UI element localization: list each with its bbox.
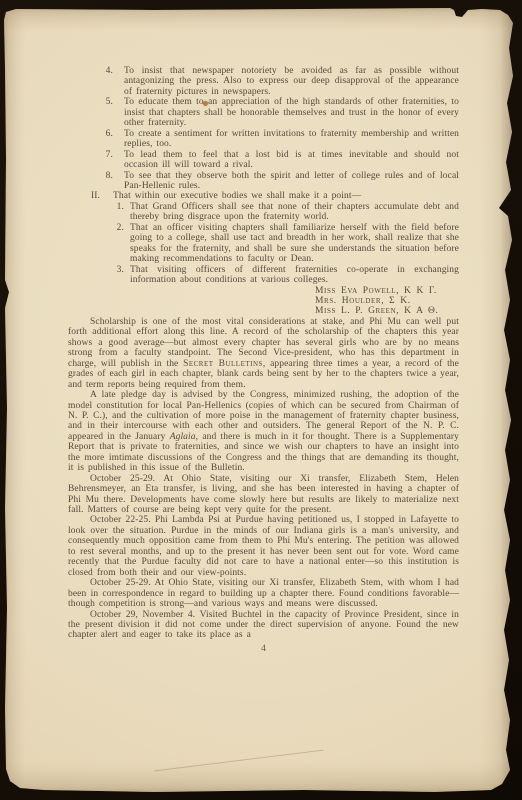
item-number: 7. [98,150,113,160]
item-text: To educate them to an appreciation of th… [124,97,459,128]
section-intro: That within our executive bodies we shal… [113,191,361,201]
item-number: 1. [108,202,124,212]
document-page: 4. To insist that newspaper notoriety be… [4,8,516,792]
list-item-6: 6. To create a sentiment for written inv… [68,129,459,150]
section-number: II. [78,191,100,201]
scan-background: 4. To insist that newspaper notoriety be… [0,0,522,800]
list-item-4: 4. To insist that newspaper notoriety be… [68,66,459,97]
item-number: 8. [98,171,113,181]
item-text: To lead them to feel that a lost bid is … [124,150,459,170]
paragraph-entry-ohio-state-1: October 25-29. At Ohio State, visiting o… [68,474,459,516]
signature-line: Mrs. Houlder, Σ Κ. [315,296,459,306]
page-number: 4 [68,644,459,654]
signature-line: Miss L. P. Green, Κ Α Θ. [315,306,459,316]
list-item-7: 7. To lead them to feel that a lost bid … [68,150,459,171]
item-number: 5. [98,97,113,107]
list-item-5: 5. To educate them to an appreciation of… [68,97,459,128]
item-number: 2. [108,223,124,233]
list-item-8: 8. To see that they observe both the spi… [68,171,459,192]
sub-item-1: 1. That Grand Officers shall see that no… [68,202,459,223]
paragraph-entry-ohio-state-2: October 25-29. At Ohio State, visiting o… [68,578,459,609]
item-text: To create a sentiment for written invita… [124,129,459,149]
sub-item-2: 2. That an officer visiting chapters sha… [68,223,459,265]
item-text: To insist that newspaper notoriety be av… [124,66,459,97]
signature-block: Miss Eva Powell, Κ Κ Γ. Mrs. Houlder, Σ … [315,286,459,317]
signature-line: Miss Eva Powell, Κ Κ Γ. [315,286,459,296]
item-text: That visiting officers of different frat… [130,265,459,285]
italic-publication-name: Aglaia [170,432,196,442]
smallcaps-title: Secret Bulletins [183,359,263,369]
paragraph-entry-purdue: October 22-25. Phi Lambda Psi at Purdue … [68,515,459,578]
section-two-heading: II. That within our executive bodies we … [68,191,459,201]
paper-crease [155,750,324,772]
item-text: To see that they observe both the spirit… [124,171,459,191]
paragraph-entry-buchtel: October 29, November 4. Visited Buchtel … [68,610,459,641]
paragraph-scholarship: Scholarship is one of the most vital con… [68,317,459,390]
page-content: 4. To insist that newspaper notoriety be… [68,66,459,654]
item-text: That an officer visiting chapters shall … [130,223,459,264]
sub-item-3: 3. That visiting officers of different f… [68,265,459,286]
item-text: That Grand Officers shall see that none … [130,202,459,222]
item-number: 4. [98,66,113,76]
item-number: 6. [98,129,113,139]
paragraph-pledge-day: A late pledge day is advised by the Cong… [68,390,459,474]
item-number: 3. [108,265,124,275]
